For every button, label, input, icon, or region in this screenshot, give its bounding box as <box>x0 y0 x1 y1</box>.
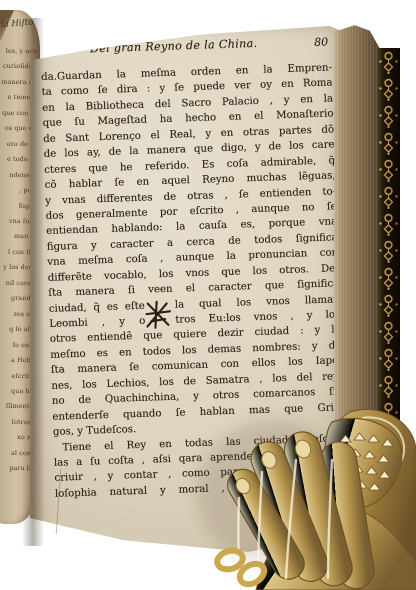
book-photo: ela Hiſto les, y ocu curioſidad manera d… <box>0 0 416 590</box>
brass-hand-sculpture <box>212 408 416 590</box>
text-line-part: Leombi , y o <box>49 314 145 333</box>
page-number: 80 <box>314 35 328 48</box>
chinese-character-glyph <box>144 299 173 329</box>
page-title: Del gran Reyno de la China. <box>40 34 331 57</box>
left-page-header-fragment: ela Hiſto <box>0 18 33 31</box>
